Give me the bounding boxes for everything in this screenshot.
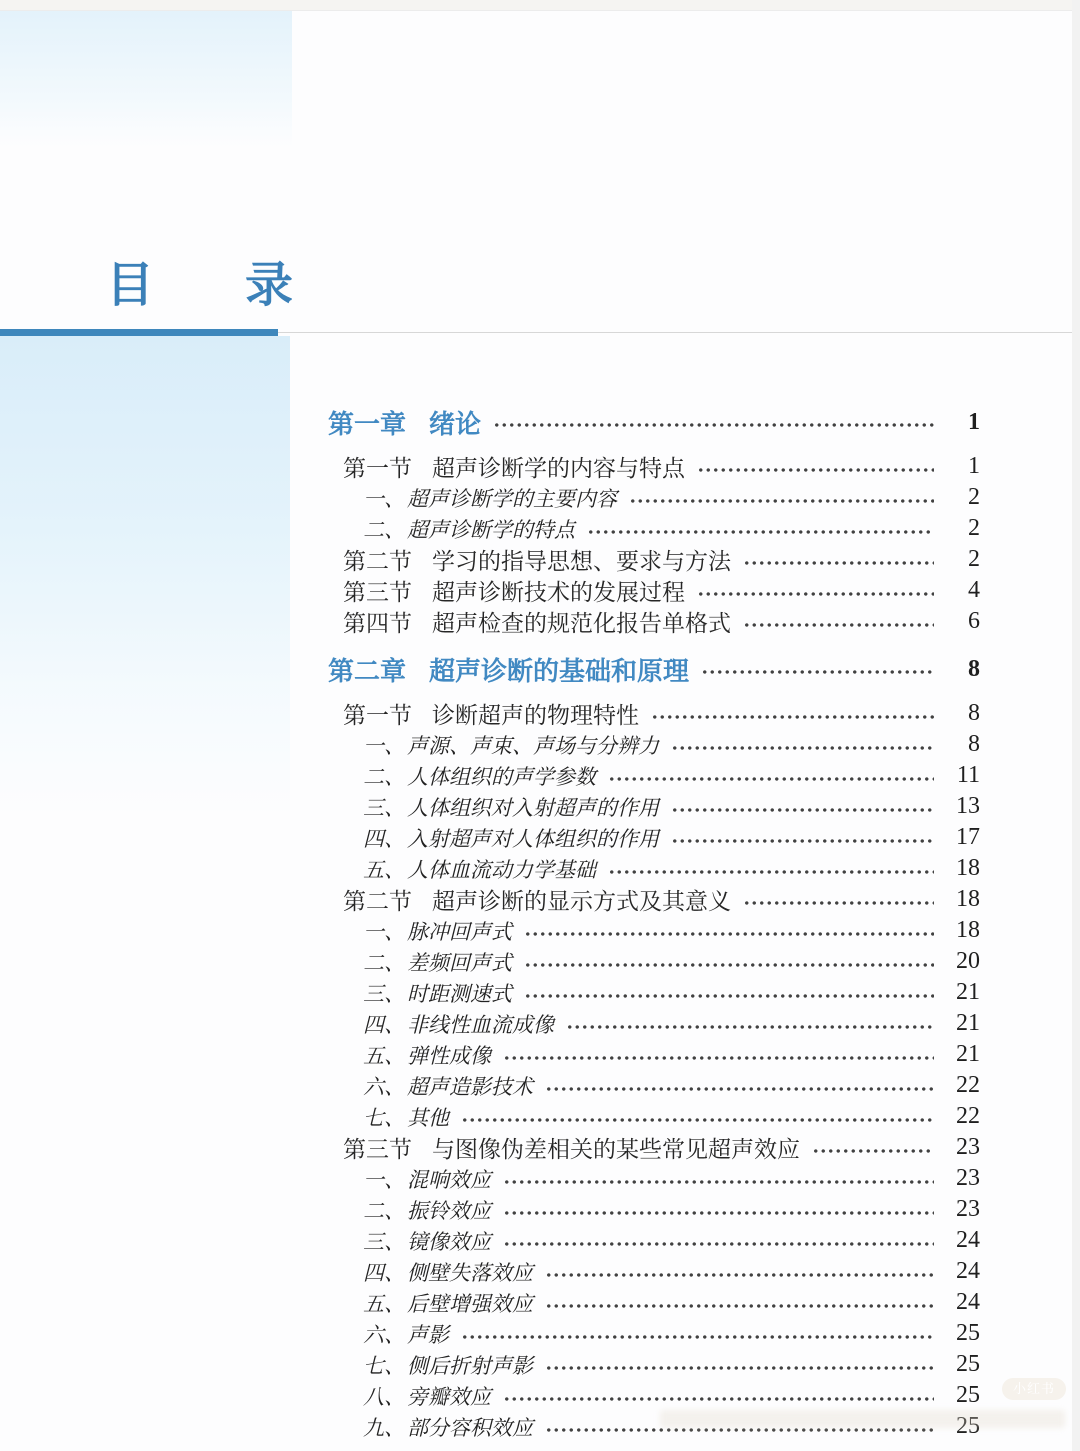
toc-entry-title: 脉冲回声式	[407, 916, 512, 946]
toc-entry-page: 25	[944, 1351, 980, 1378]
toc-entry-page: 17	[944, 824, 980, 851]
toc-entry-page: 2	[944, 546, 980, 573]
toc-entry-label: 一、	[363, 916, 405, 946]
dot-leader	[608, 773, 934, 785]
dot-leader	[651, 711, 934, 723]
toc-entry-label: 二、	[363, 514, 405, 544]
item-row: 六、 超声造影技术 22	[328, 1070, 980, 1101]
toc-entry-title: 诊断超声的物理特性	[432, 697, 639, 730]
left-blue-wash	[0, 336, 290, 816]
corner-blue-wash	[0, 11, 292, 147]
item-row: 五、 人体血流动力学基础 18	[328, 853, 980, 884]
item-row: 二、 超声诊断学的特点 2	[328, 513, 980, 544]
watermark-caption-blur	[660, 1410, 1065, 1428]
dot-leader	[671, 742, 934, 754]
toc-entry-title: 侧壁失落效应	[407, 1257, 533, 1287]
section-row: 第一节 超声诊断学的内容与特点 1	[328, 451, 980, 482]
toc-entry-label: 七、	[363, 1350, 405, 1380]
dot-leader	[545, 1269, 934, 1281]
scanned-toc-page: { "page": { "header_title": "目录", "accen…	[0, 0, 1080, 1451]
toc-entry-label: 第三节	[343, 574, 412, 607]
section-row: 第二节 学习的指导思想、要求与方法 2	[328, 544, 980, 575]
toc-entry-label: 五、	[363, 1288, 405, 1318]
toc-entry-title: 超声造影技术	[407, 1071, 533, 1101]
toc-entry-page: 18	[944, 886, 980, 913]
toc-entry-title: 人体组织的声学参数	[407, 761, 596, 791]
dot-leader	[503, 1238, 934, 1250]
toc-entry-title: 其他	[407, 1102, 449, 1132]
scan-top-edge	[0, 0, 1080, 11]
toc-entry-label: 第一节	[343, 697, 412, 730]
toc-entry-title: 超声诊断的显示方式及其意义	[432, 883, 731, 916]
item-row: 五、 弹性成像 21	[328, 1039, 980, 1070]
toc-entry-page: 20	[944, 948, 980, 975]
dot-leader	[697, 588, 934, 600]
toc-entry-page: 8	[944, 731, 980, 758]
toc-entry-page: 24	[944, 1227, 980, 1254]
toc-entry-label: 四、	[363, 1257, 405, 1287]
item-row: 一、 超声诊断学的主要内容 2	[328, 482, 980, 513]
toc-entry-page: 2	[944, 484, 980, 511]
item-row: 二、 振铃效应 23	[328, 1194, 980, 1225]
dot-leader	[503, 1052, 934, 1064]
dot-leader	[545, 1083, 934, 1095]
toc-entry-page: 22	[944, 1072, 980, 1099]
toc-entry-title: 镜像效应	[407, 1226, 491, 1256]
toc-entry-label: 六、	[363, 1071, 405, 1101]
toc-entry-title: 后壁增强效应	[407, 1288, 533, 1318]
item-row: 一、 混响效应 23	[328, 1163, 980, 1194]
section-row: 第四节 超声检查的规范化报告单格式 6	[328, 606, 980, 637]
toc-entry-page: 1	[944, 453, 980, 480]
toc-entry-page: 2	[944, 515, 980, 542]
toc-entry-title: 声源、声束、声场与分辨力	[407, 730, 659, 760]
toc-entry-label: 九、	[363, 1412, 405, 1442]
toc-entry-page: 23	[944, 1196, 980, 1223]
toc-entry-title: 入射超声对人体组织的作用	[407, 823, 659, 853]
dot-leader	[697, 464, 934, 476]
item-row: 一、 声源、声束、声场与分辨力 8	[328, 729, 980, 760]
toc-entry-page: 11	[944, 762, 980, 789]
page-title: 目录	[106, 262, 384, 310]
section-row: 第二节 超声诊断的显示方式及其意义 18	[328, 884, 980, 915]
toc-entry-title: 非线性血流成像	[407, 1009, 554, 1039]
toc-entry-label: 四、	[363, 823, 405, 853]
toc-entry-label: 五、	[363, 1040, 405, 1070]
section-row: 第三节 与图像伪差相关的某些常见超声效应 23	[328, 1132, 980, 1163]
dot-leader	[461, 1331, 934, 1343]
toc-entry-label: 第四节	[343, 605, 412, 638]
dot-leader	[671, 804, 934, 816]
dot-leader	[671, 835, 934, 847]
chapter-row: 第一章 绪论 1	[328, 406, 980, 438]
item-row: 七、 其他 22	[328, 1101, 980, 1132]
toc-entry-title: 差频回声式	[407, 947, 512, 977]
item-row: 二、 人体组织的声学参数 11	[328, 760, 980, 791]
toc-entry-label: 第一节	[343, 450, 412, 483]
dot-leader	[524, 959, 934, 971]
dot-leader	[461, 1114, 934, 1126]
chapter-row: 第二章 超声诊断的基础和原理 8	[328, 653, 980, 685]
dot-leader	[566, 1021, 934, 1033]
item-row: 三、 人体组织对入射超声的作用 13	[328, 791, 980, 822]
toc-entry-label: 一、	[363, 483, 405, 513]
section-row: 第一节 诊断超声的物理特性 8	[328, 698, 980, 729]
toc-entry-label: 三、	[363, 978, 405, 1008]
toc-entry-page: 21	[944, 1041, 980, 1068]
toc-entry-page: 25	[944, 1382, 980, 1409]
item-row: 五、 后壁增强效应 24	[328, 1287, 980, 1318]
header-rule-accent	[0, 329, 278, 336]
toc-entry-label: 五、	[363, 854, 405, 884]
toc-entry-title: 超声诊断的基础和原理	[429, 651, 689, 688]
toc-entry-page: 6	[944, 608, 980, 635]
toc-entry-page: 24	[944, 1289, 980, 1316]
dot-leader	[743, 897, 934, 909]
dot-leader	[503, 1207, 934, 1219]
item-row: 四、 侧壁失落效应 24	[328, 1256, 980, 1287]
toc-entry-title: 超声诊断学的内容与特点	[432, 450, 685, 483]
toc-entry-page: 18	[944, 917, 980, 944]
dot-leader	[524, 990, 934, 1002]
toc-entry-page: 23	[944, 1165, 980, 1192]
toc-entry-title: 超声诊断学的主要内容	[407, 483, 617, 513]
item-row: 四、 入射超声对人体组织的作用 17	[328, 822, 980, 853]
dot-leader	[545, 1362, 934, 1374]
toc-entry-title: 弹性成像	[407, 1040, 491, 1070]
toc-entry-page: 8	[944, 656, 980, 683]
toc-entry-label: 八、	[363, 1381, 405, 1411]
toc-entry-label: 四、	[363, 1009, 405, 1039]
toc-entry-label: 三、	[363, 1226, 405, 1256]
toc-entry-title: 部分容积效应	[407, 1412, 533, 1442]
toc-entry-label: 七、	[363, 1102, 405, 1132]
toc-entry-title: 旁瓣效应	[407, 1381, 491, 1411]
toc-entry-title: 声影	[407, 1319, 449, 1349]
toc-entry-label: 六、	[363, 1319, 405, 1349]
dot-leader	[629, 495, 934, 507]
dot-leader	[743, 619, 934, 631]
toc-entry-title: 超声诊断技术的发展过程	[432, 574, 685, 607]
dot-leader	[524, 928, 934, 940]
toc-entry-page: 8	[944, 700, 980, 727]
toc-entry-title: 超声检查的规范化报告单格式	[432, 605, 731, 638]
toc-entry-title: 侧后折射声影	[407, 1350, 533, 1380]
dot-leader	[587, 526, 934, 538]
dot-leader	[503, 1176, 934, 1188]
toc-entry-title: 学习的指导思想、要求与方法	[432, 543, 731, 576]
toc-entry-page: 25	[944, 1320, 980, 1347]
toc-entry-label: 一、	[363, 730, 405, 760]
dot-leader	[493, 419, 934, 431]
toc-entry-title: 振铃效应	[407, 1195, 491, 1225]
toc-entry-page: 21	[944, 979, 980, 1006]
toc-entry-label: 三、	[363, 792, 405, 822]
scan-right-edge	[1072, 0, 1080, 1451]
dot-leader	[545, 1300, 934, 1312]
toc-entry-label: 二、	[363, 761, 405, 791]
item-row: 一、 脉冲回声式 18	[328, 915, 980, 946]
toc-entry-label: 第二节	[343, 883, 412, 916]
toc-entry-title: 时距测速式	[407, 978, 512, 1008]
item-row: 四、 非线性血流成像 21	[328, 1008, 980, 1039]
toc-entry-label: 第二章	[328, 651, 406, 688]
toc-entry-title: 人体血流动力学基础	[407, 854, 596, 884]
toc-entry-page: 22	[944, 1103, 980, 1130]
toc-entry-title: 绪论	[429, 404, 481, 441]
dot-leader	[608, 866, 934, 878]
toc-entry-page: 13	[944, 793, 980, 820]
dot-leader	[701, 666, 934, 678]
item-row: 三、 时距测速式 21	[328, 977, 980, 1008]
dot-leader	[503, 1393, 934, 1405]
toc-entry-page: 1	[944, 409, 980, 436]
item-row: 八、 旁瓣效应 25	[328, 1380, 980, 1411]
dot-leader	[812, 1145, 934, 1157]
item-row: 六、 声影 25	[328, 1318, 980, 1349]
dot-leader	[743, 557, 934, 569]
toc-entry-title: 与图像伪差相关的某些常见超声效应	[432, 1131, 800, 1164]
item-row: 二、 差频回声式 20	[328, 946, 980, 977]
section-row: 第三节 超声诊断技术的发展过程 4	[328, 575, 980, 606]
toc-entry-page: 24	[944, 1258, 980, 1285]
toc-entry-label: 二、	[363, 947, 405, 977]
toc-entry-page: 23	[944, 1134, 980, 1161]
toc-entry-title: 人体组织对入射超声的作用	[407, 792, 659, 822]
toc-entry-label: 一、	[363, 1164, 405, 1194]
toc-entry-label: 第二节	[343, 543, 412, 576]
header-rule-thin	[278, 332, 1072, 333]
toc-entry-title: 超声诊断学的特点	[407, 514, 575, 544]
toc-list: 第一章 绪论 1 第一节 超声诊断学的内容与特点 1 一、 超声诊断学的主要内容…	[328, 406, 980, 1442]
item-row: 七、 侧后折射声影 25	[328, 1349, 980, 1380]
toc-entry-label: 第一章	[328, 404, 406, 441]
toc-entry-label: 二、	[363, 1195, 405, 1225]
toc-entry-page: 4	[944, 577, 980, 604]
toc-entry-page: 21	[944, 1010, 980, 1037]
toc-entry-label: 第三节	[343, 1131, 412, 1164]
toc-entry-page: 18	[944, 855, 980, 882]
item-row: 三、 镜像效应 24	[328, 1225, 980, 1256]
toc-entry-title: 混响效应	[407, 1164, 491, 1194]
watermark-badge: 小红书	[1002, 1378, 1066, 1400]
